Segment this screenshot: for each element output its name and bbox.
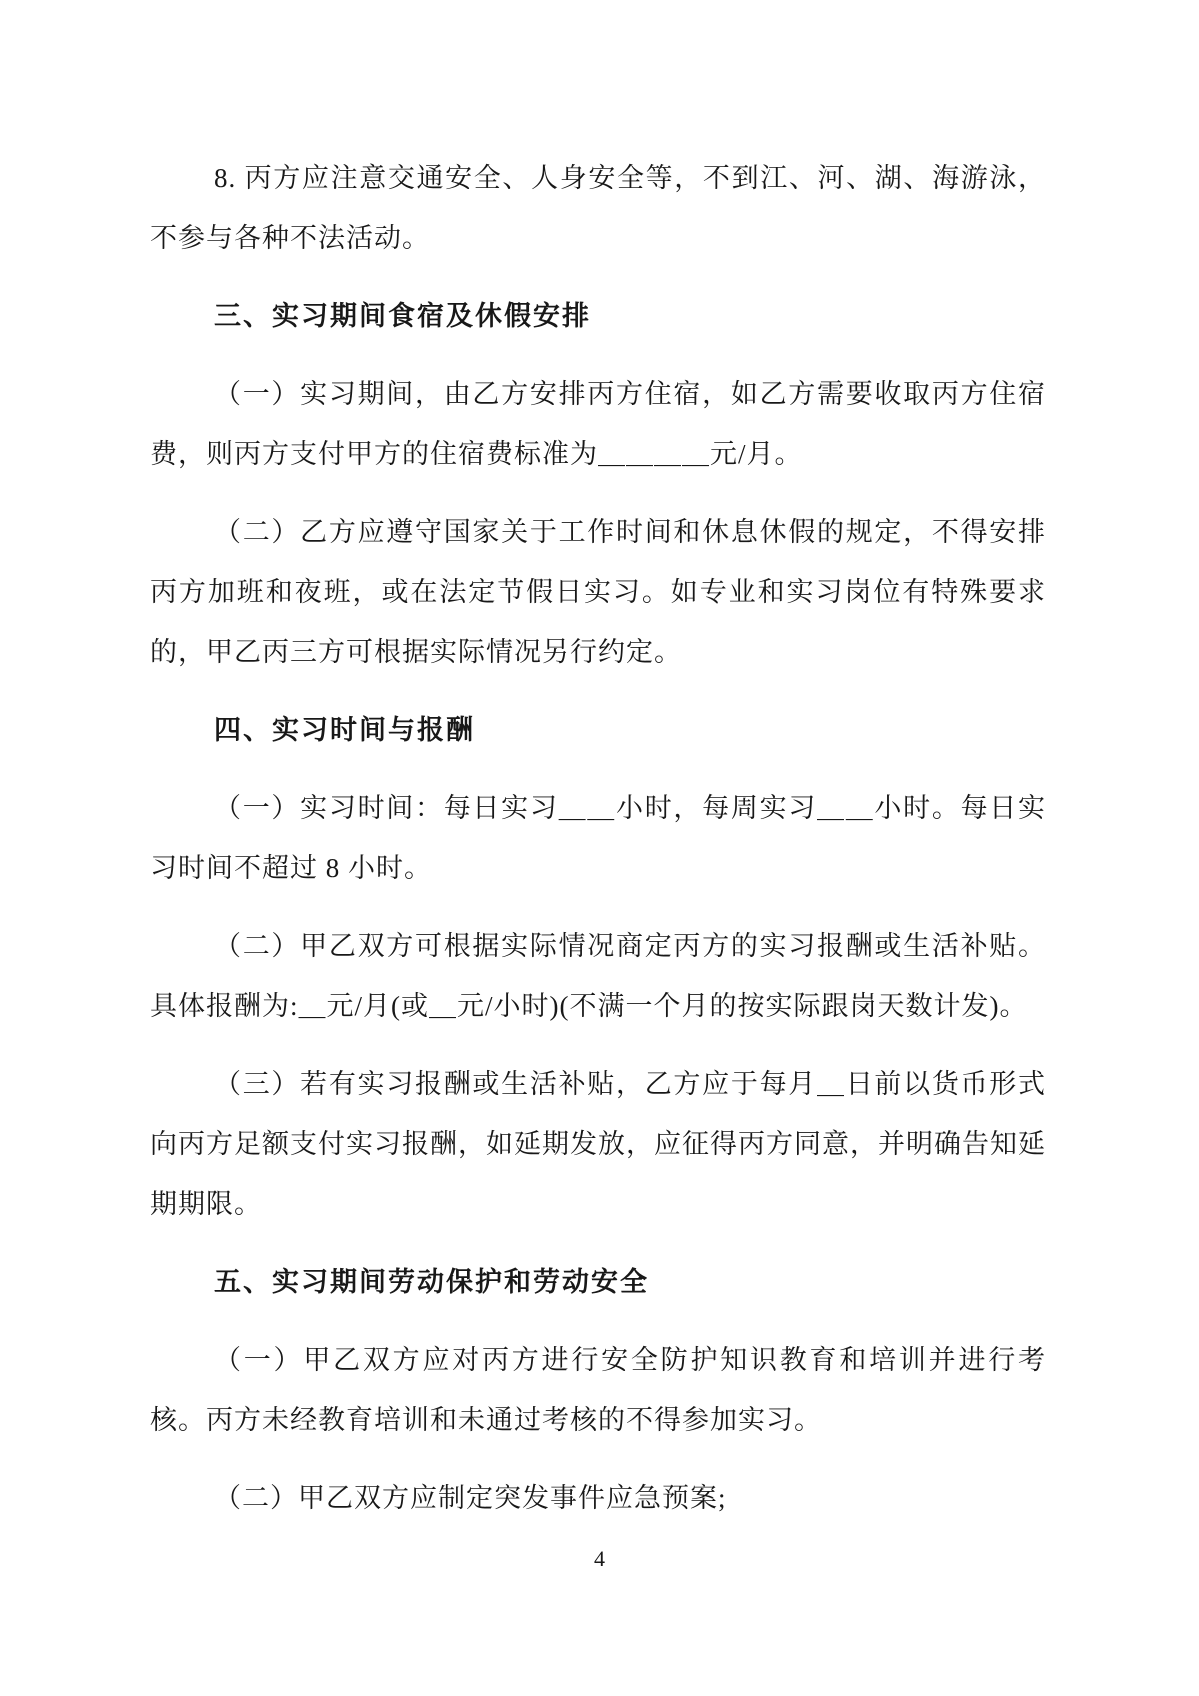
document-content: 8. 丙方应注意交通安全、人身安全等，不到江、河、湖、海游泳，不参与各种不法活动… — [150, 148, 1046, 1546]
clause-4-1-paragraph: （一）实习时间：每日实习＿＿小时，每周实习＿＿小时。每日实习时间不超过 8 小时… — [150, 778, 1046, 898]
page-number: 4 — [0, 1544, 1199, 1574]
clause-5-1-paragraph: （一）甲乙双方应对丙方进行安全防护知识教育和培训并进行考核。丙方未经教育培训和未… — [150, 1330, 1046, 1450]
clause-5-2-paragraph: （二）甲乙双方应制定突发事件应急预案; — [150, 1468, 1046, 1528]
clause-8-paragraph: 8. 丙方应注意交通安全、人身安全等，不到江、河、湖、海游泳，不参与各种不法活动… — [150, 148, 1046, 268]
section-heading-labor-safety: 五、实习期间劳动保护和劳动安全 — [150, 1252, 1046, 1312]
clause-3-1-paragraph: （一）实习期间，由乙方安排丙方住宿，如乙方需要收取丙方住宿费，则丙方支付甲方的住… — [150, 364, 1046, 484]
section-heading-time-pay: 四、实习时间与报酬 — [150, 700, 1046, 760]
contract-page: 8. 丙方应注意交通安全、人身安全等，不到江、河、湖、海游泳，不参与各种不法活动… — [0, 0, 1199, 1696]
clause-4-2-paragraph: （二）甲乙双方可根据实际情况商定丙方的实习报酬或生活补贴。具体报酬为:＿元/月(… — [150, 916, 1046, 1036]
clause-4-3-paragraph: （三）若有实习报酬或生活补贴，乙方应于每月＿日前以货币形式向丙方足额支付实习报酬… — [150, 1054, 1046, 1234]
section-heading-food-lodging: 三、实习期间食宿及休假安排 — [150, 286, 1046, 346]
clause-3-2-paragraph: （二）乙方应遵守国家关于工作时间和休息休假的规定，不得安排丙方加班和夜班，或在法… — [150, 502, 1046, 682]
